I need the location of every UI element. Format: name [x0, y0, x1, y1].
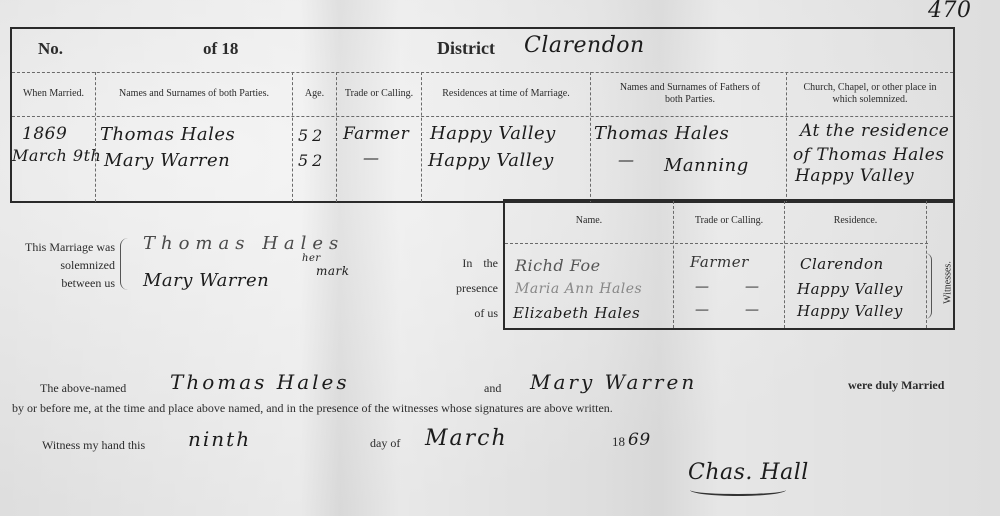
witness-3-trade: — [695, 302, 710, 318]
witness-2-trade-dash: — [745, 279, 760, 295]
year-suffix: 69 [628, 430, 651, 450]
party-2-residence: Happy Valley [428, 150, 554, 171]
place-line-1: At the residence [800, 121, 949, 141]
witness-3-trade-dash: — [745, 302, 760, 318]
father-2-dash: — [618, 150, 635, 169]
header-top-rule [12, 72, 953, 73]
year-prefix: 18 [612, 434, 625, 450]
declaration-party-1: Thomas Hales [170, 370, 350, 394]
district-value: Clarendon [524, 33, 645, 58]
duly-married-label: were duly Married [848, 378, 944, 393]
header-trade: Trade or Calling. [337, 88, 421, 100]
witness-header-trade: Trade or Calling. [674, 215, 784, 227]
party-1-name: Thomas Hales [100, 124, 235, 145]
officiant-signature: Chas. Hall [688, 460, 809, 485]
mark-note-her: her [302, 253, 321, 264]
witnesses-brace [925, 253, 932, 319]
party-2-name: Mary Warren [104, 150, 230, 171]
signature-party-2: Mary Warren [143, 270, 269, 291]
header-residences: Residences at time of Marriage. [422, 88, 590, 100]
witness-3-name: Elizabeth Hales [513, 304, 640, 322]
header-place: Church, Chapel, or other place in which … [795, 82, 945, 106]
witness-1-name: Richd Foe [515, 256, 601, 275]
col-divider-6 [786, 72, 787, 202]
header-bottom-rule [12, 116, 953, 117]
party-1-residence: Happy Valley [430, 123, 556, 144]
witness-header-name: Name. [505, 215, 673, 227]
party-2-age: 52 [298, 151, 326, 170]
party-1-age: 52 [298, 126, 326, 145]
when-married-year: 1869 [22, 124, 67, 144]
solemnized-label-1: This Marriage was [10, 240, 115, 255]
signature-flourish [690, 484, 786, 496]
day-value: ninth [188, 427, 251, 451]
declaration-party-2: Mary Warren [530, 370, 697, 394]
presence-label-1: In the [444, 256, 498, 271]
witness-header-residence: Residence. [785, 215, 926, 227]
col-divider-5 [590, 72, 591, 202]
mark-note-mark: mark [316, 264, 350, 278]
header-when-married: When Married. [12, 88, 95, 100]
and-label: and [484, 381, 501, 396]
solemnized-label-3: between us [10, 276, 115, 291]
witness-hand-label: Witness my hand this [42, 438, 145, 453]
witness-2-residence: Happy Valley [797, 280, 903, 298]
when-married-date: March 9th [12, 146, 101, 165]
page-number: 470 [928, 0, 972, 23]
witness-3-residence: Happy Valley [797, 302, 903, 320]
day-of-label: day of [370, 436, 400, 451]
witness-header-rule [505, 243, 928, 244]
witness-2-name: Maria Ann Hales [515, 281, 642, 297]
witness-1-residence: Clarendon [800, 255, 884, 273]
signature-party-1: Thomas Hales [143, 233, 344, 254]
header-age: Age. [293, 88, 336, 100]
header-fathers: Names and Surnames of Fathers of both Pa… [610, 82, 770, 106]
place-line-3: Happy Valley [795, 166, 914, 186]
solemnized-brace [120, 238, 129, 290]
father-1-name: Thomas Hales [594, 123, 729, 144]
presence-label-2: presence [444, 281, 498, 296]
above-named-label: The above-named [40, 381, 126, 396]
declaration-body: by or before me, at the time and place a… [12, 401, 613, 416]
party-1-trade: Farmer [343, 124, 409, 144]
solemnized-label-2: solemnized [10, 258, 115, 273]
presence-label-3: of us [444, 306, 498, 321]
place-line-2: of Thomas Hales [793, 145, 945, 165]
witness-2-trade: — [695, 279, 710, 295]
register-no-label: No. [38, 39, 63, 59]
witness-1-trade: Farmer [690, 253, 749, 271]
month-value: March [425, 426, 508, 451]
header-names: Names and Surnames of both Parties. [96, 88, 292, 100]
party-2-trade: — [363, 148, 380, 167]
witnesses-side-label: Witnesses. [943, 253, 954, 313]
district-label: District [437, 38, 495, 59]
of-year-label: of 18 [203, 39, 238, 59]
father-2-name: Manning [664, 155, 749, 176]
